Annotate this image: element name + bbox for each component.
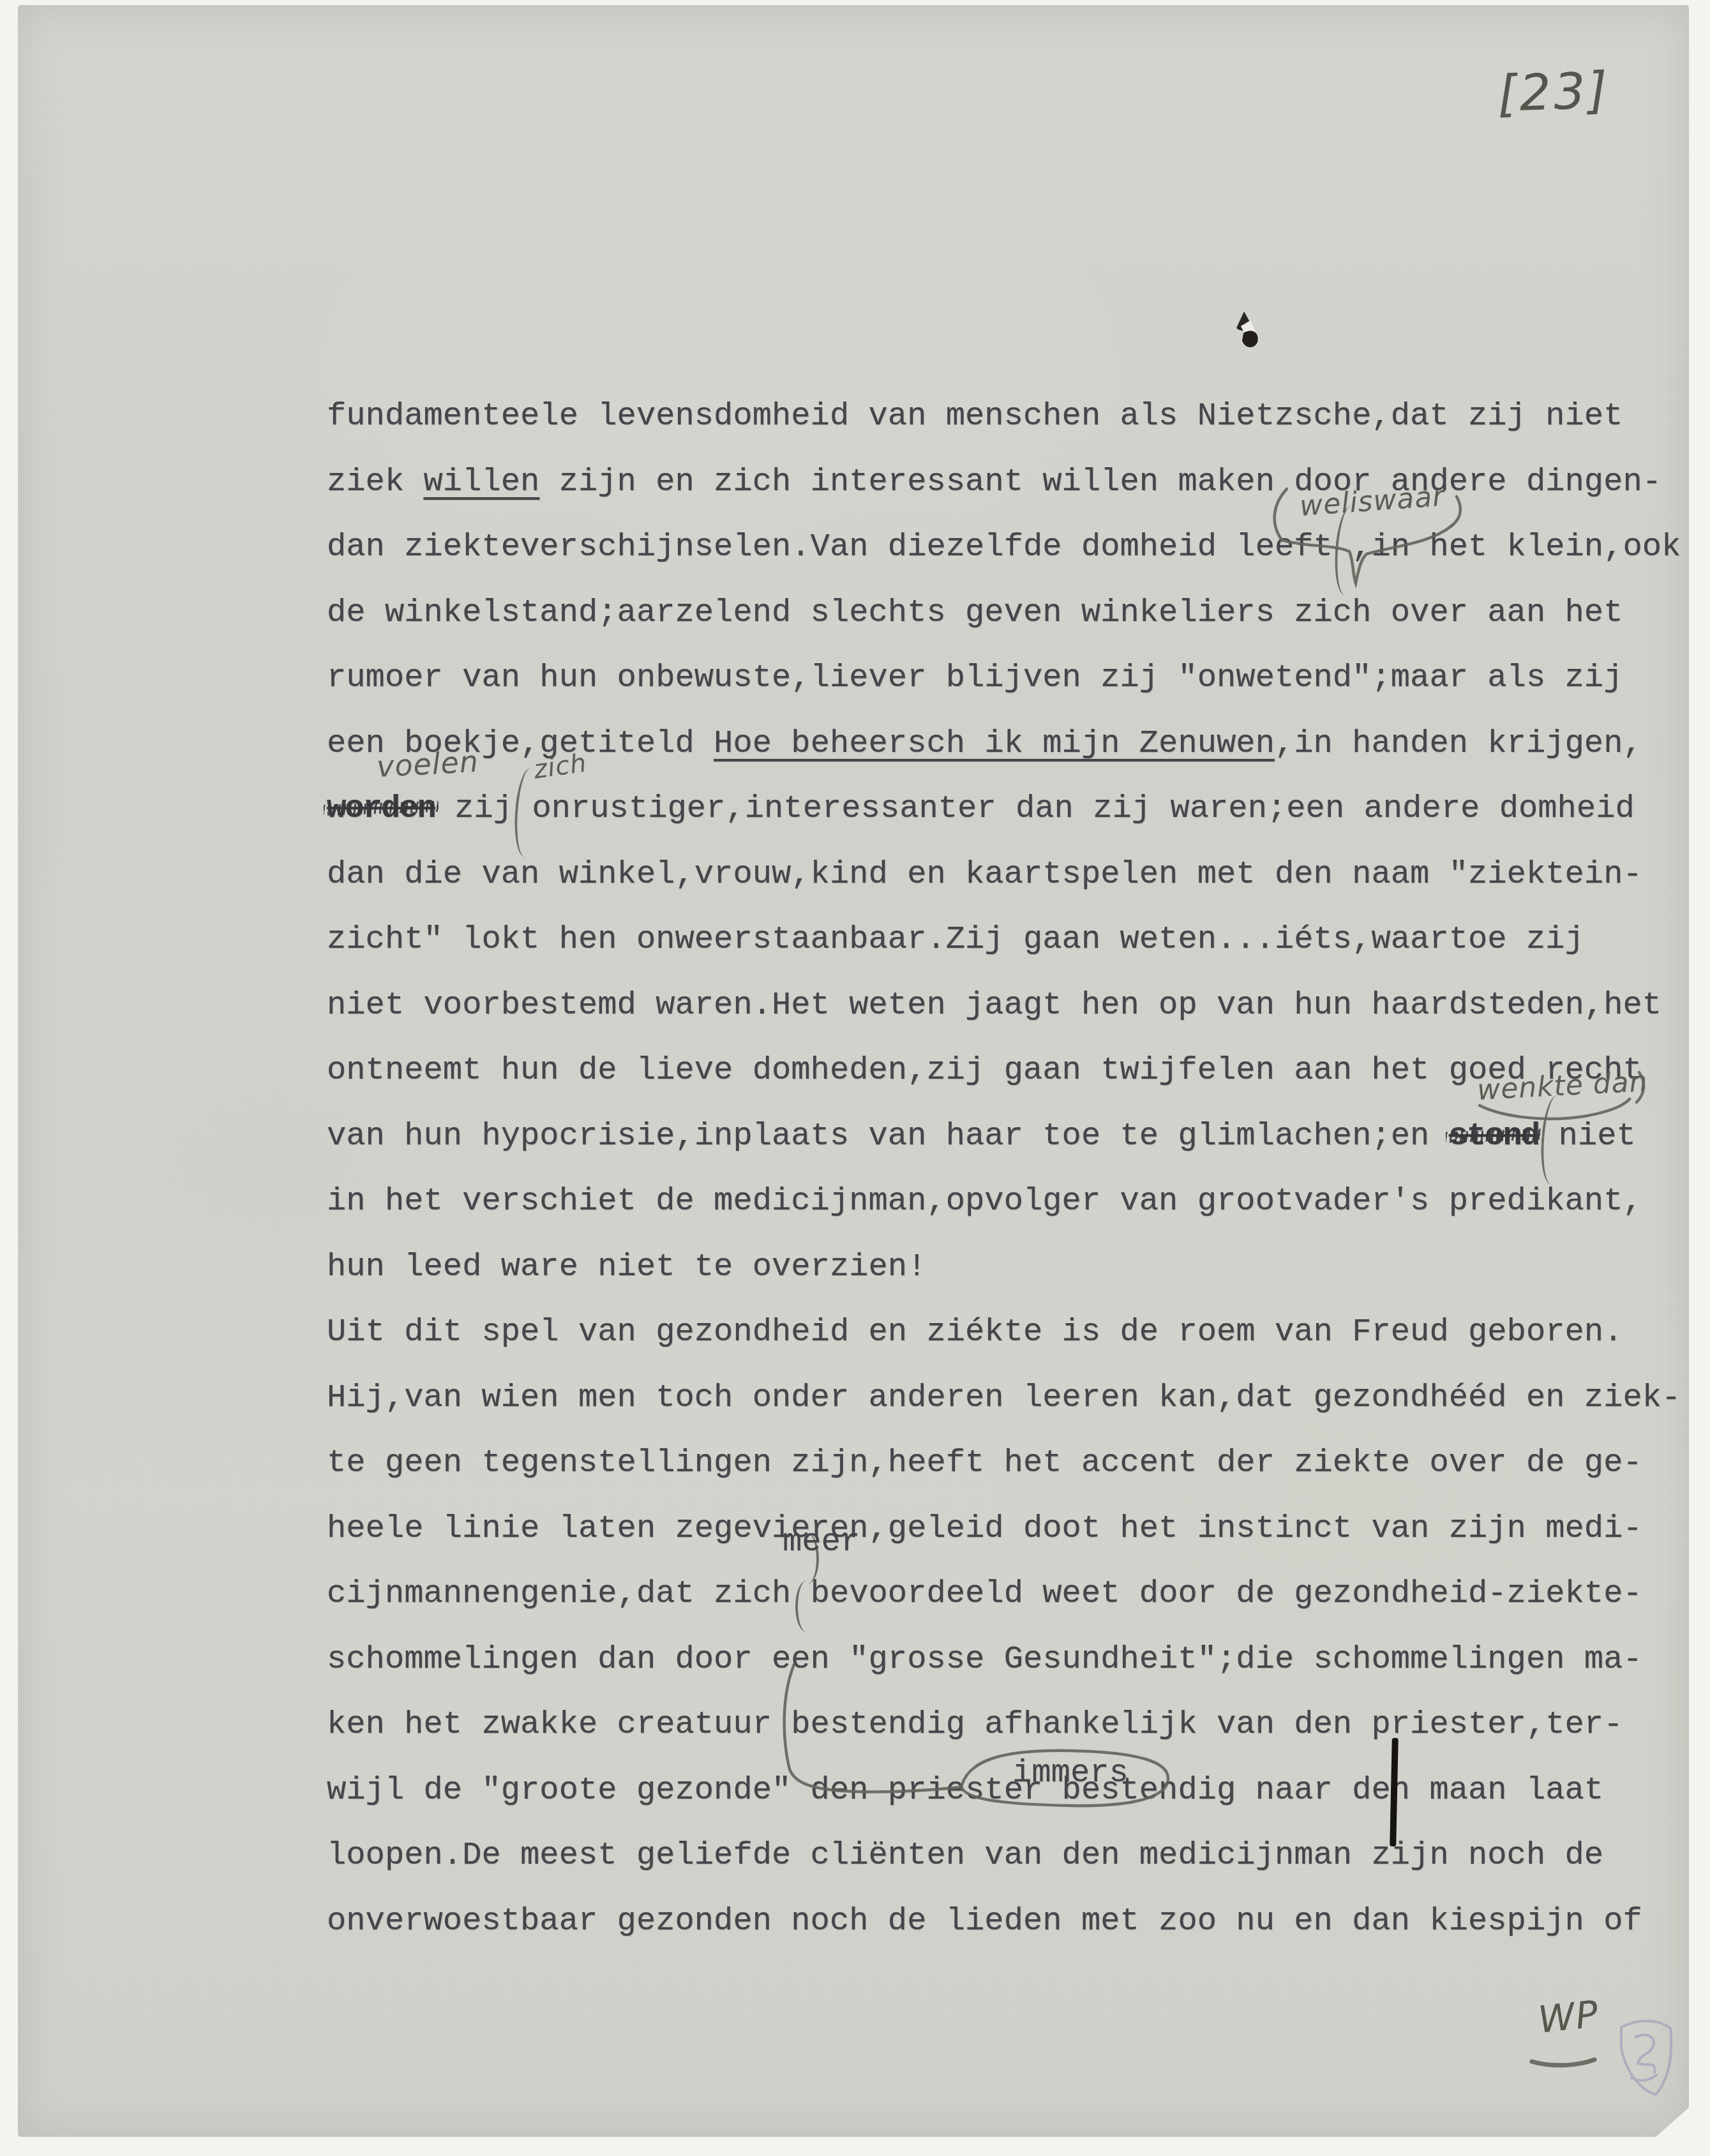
typed-segment-x: worden (327, 791, 435, 827)
typed-segment: dan ziekteverschijnselen.Van diezelfde d… (327, 529, 1333, 565)
typed-segment: fundamenteele levensdomheid van menschen… (327, 398, 1623, 435)
typed-line: rumoer van hun onbewuste,liever blijven … (327, 646, 1706, 712)
typed-segment: zij (435, 791, 513, 827)
typed-line: van hun hypocrisie,inplaats van haar toe… (327, 1104, 1706, 1170)
typed-line: Uit dit spel van gezondheid en ziékte is… (327, 1300, 1706, 1366)
typed-segment: in het verschiet de medicijnman,opvolger… (327, 1183, 1642, 1220)
annotation-voelen: voelen (376, 744, 480, 784)
typed-segment-x: stond (1449, 1118, 1540, 1155)
typed-line: cijnmannengenie,dat zich bevoordeeld wee… (327, 1562, 1706, 1628)
typed-segment-ib: n (1391, 1772, 1410, 1809)
typed-segment-p (513, 791, 532, 827)
typed-segment-p (1333, 529, 1352, 565)
typed-line: onverwoestbaar gezonden noch de lieden m… (327, 1889, 1706, 1955)
typed-segment: loopen.De meest geliefde cliënten van de… (327, 1838, 1603, 1874)
monogram: WP (1536, 1992, 1601, 2041)
typed-segment: onverwoestbaar gezonden noch de lieden m… (327, 1903, 1642, 1940)
annotation-meer: meer (783, 1524, 860, 1561)
paper-tear-mark (1236, 311, 1258, 347)
typed-segment: ken het zwakke creatuur bestendig afhank… (327, 1707, 1623, 1743)
typed-line: schommelingen dan door een "grosse Gesun… (327, 1628, 1706, 1693)
typed-line: Hij,van wien men toch onder anderen leer… (327, 1366, 1706, 1432)
annotation-immers: immers (1012, 1755, 1129, 1792)
typed-segment: ,in handen krijgen, (1275, 726, 1642, 762)
typed-segment: onrustiger,interessanter dan zij waren;e… (532, 791, 1634, 827)
typed-line: dan ziekteverschijnselen.Van diezelfde d… (327, 515, 1706, 581)
typed-segment: niet (1559, 1118, 1636, 1155)
typed-segment-u: Hoe beheersch ik mijn Zenuwen (714, 726, 1275, 762)
typed-line: te geen tegenstellingen zijn,heeft het a… (327, 1431, 1706, 1497)
typed-line: de winkelstand;aarzelend slechts geven w… (327, 581, 1706, 647)
typed-line: dan die van winkel,vrouw,kind en kaartsp… (327, 842, 1706, 908)
typed-segment: rumoer van hun onbewuste,liever blijven … (327, 660, 1623, 696)
typed-segment: zicht" lokt hen onweerstaanbaar.Zij gaan… (327, 922, 1584, 958)
typed-segment: dan die van winkel,vrouw,kind en kaartsp… (327, 857, 1642, 893)
monogram-underline (1532, 2060, 1594, 2065)
manuscript-page: [23] fundamenteele levensdomheid van men… (18, 5, 1689, 2137)
typed-line: zicht" lokt hen onweerstaanbaar.Zij gaan… (327, 908, 1706, 973)
typed-segment: schommelingen dan door een "grosse Gesun… (327, 1642, 1642, 1678)
typed-line: ken het zwakke creatuur bestendig afhank… (327, 1693, 1706, 1758)
scan-background: [23] fundamenteele levensdomheid van men… (0, 0, 1710, 2156)
typed-line: loopen.De meest geliefde cliënten van de… (327, 1823, 1706, 1889)
typed-segment: hun leed ware niet te overzien! (327, 1249, 926, 1285)
typed-line: ziek willen zijn en zich interessant wil… (327, 450, 1706, 516)
typed-segment: ,in het klein,ook (1352, 529, 1681, 565)
typed-segment-u: willen (424, 464, 540, 500)
typed-segment: heele linie laten zegevieren,geleid doot… (327, 1511, 1642, 1547)
typed-line: hun leed ware niet te overzien! (327, 1235, 1706, 1301)
typed-segment: van hun hypocrisie,inplaats van haar toe… (327, 1118, 1449, 1155)
typed-line: fundamenteele levensdomheid van menschen… (327, 384, 1706, 450)
typed-segment: ziek (327, 464, 424, 500)
typed-line: niet voorbestemd waren.Het weten jaagt h… (327, 973, 1706, 1039)
typed-segment: Hij,van wien men toch onder anderen leer… (327, 1380, 1681, 1416)
typed-segment: wijl de "groote gezonde" den priester be… (327, 1772, 1391, 1809)
typed-segment: Uit dit spel van gezondheid en ziékte is… (327, 1314, 1623, 1351)
typed-segment-p (1539, 1118, 1558, 1155)
typed-segment: cijnmannengenie,dat zich (327, 1576, 791, 1612)
typed-line: heele linie laten zegevieren,geleid doot… (327, 1497, 1706, 1562)
page-number: [23] (1496, 62, 1610, 123)
typed-segment: zijn en zich interessant willen maken do… (539, 464, 1661, 500)
typed-segment: ontneemt hun de lieve domheden,zij gaan … (327, 1052, 1642, 1089)
typed-lines: fundamenteele levensdomheid van menschen… (327, 384, 1706, 1954)
typed-segment: bevoordeeld weet door de gezondheid-ziek… (811, 1576, 1642, 1612)
typed-segment: niet voorbestemd waren.Het weten jaagt h… (327, 987, 1661, 1024)
typed-segment-s (791, 1576, 810, 1612)
typed-segment: maan laat (1410, 1772, 1603, 1809)
typed-segment: de winkelstand;aarzelend slechts geven w… (327, 595, 1623, 631)
typed-line: in het verschiet de medicijnman,opvolger… (327, 1169, 1706, 1235)
typed-segment: te geen tegenstellingen zijn,heeft het a… (327, 1445, 1642, 1481)
collection-stamp-icon (1621, 2021, 1671, 2095)
typed-line: worden zij onrustiger,interessanter dan … (327, 777, 1706, 842)
